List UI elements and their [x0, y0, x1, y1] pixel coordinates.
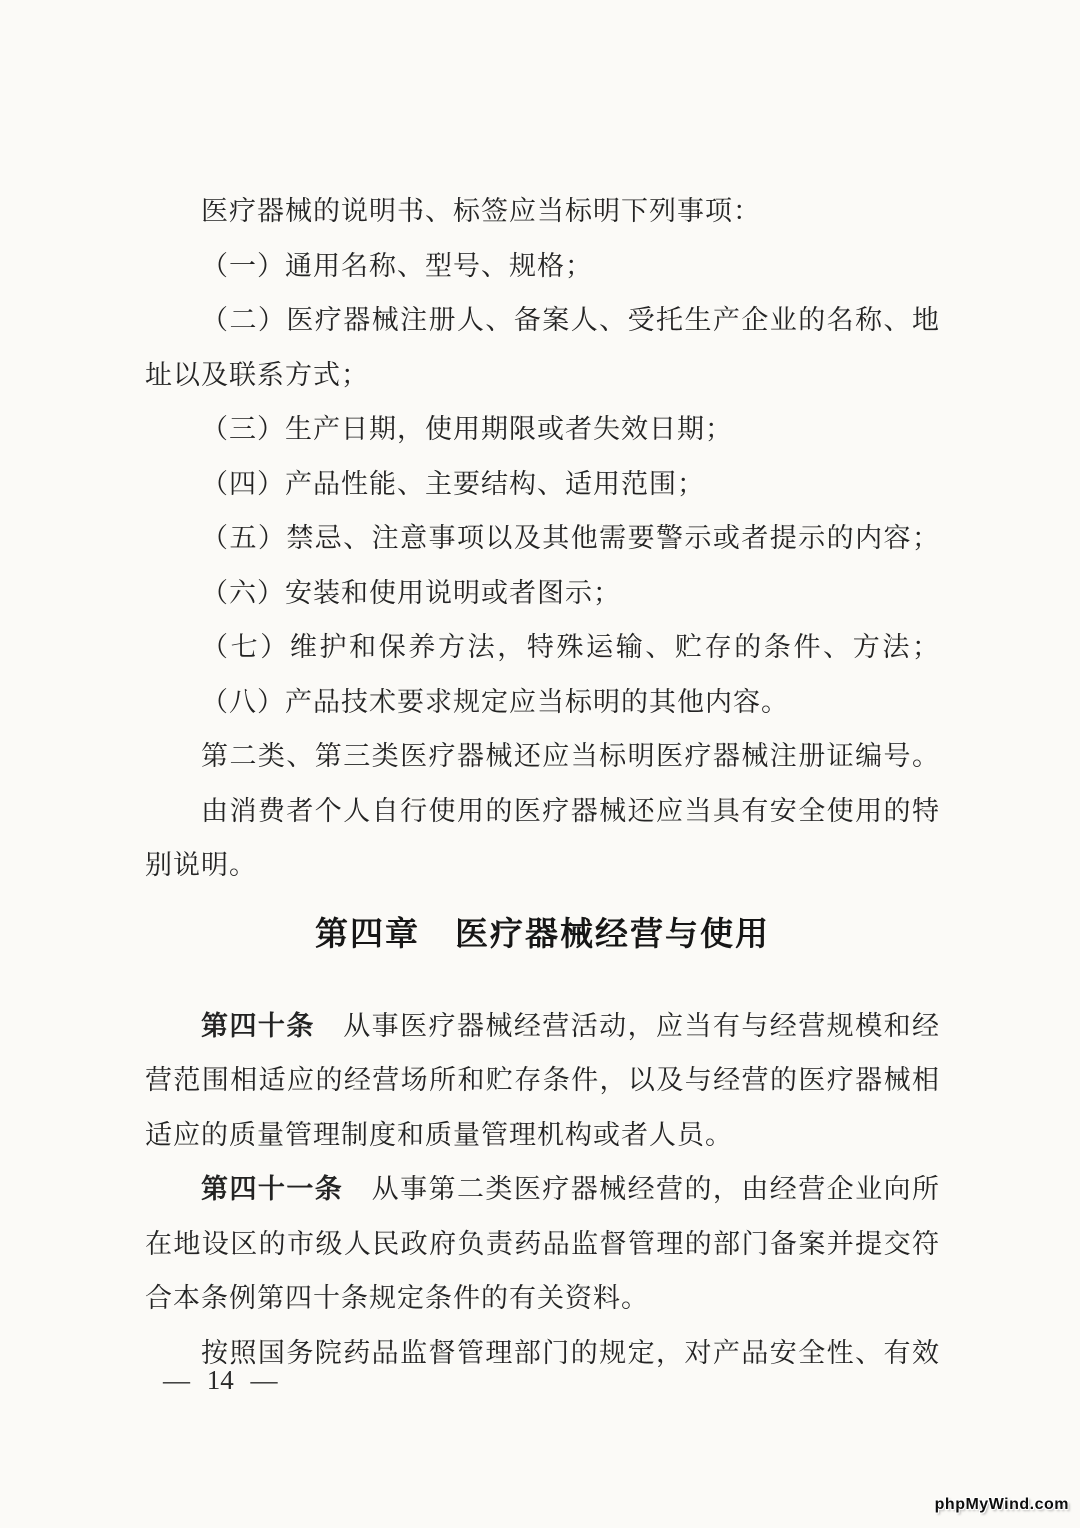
text-line: 第四十条 从事医疗器械经营活动，应当有与经营规模和经 — [145, 999, 940, 1054]
text-line: （四）产品性能、主要结构、适用范围； — [145, 457, 940, 512]
text-segment: 合本条例第四十条规定条件的有关资料。 — [145, 1283, 649, 1313]
article-number: 第四十一条 — [201, 1174, 343, 1204]
text-line: 由消费者个人自行使用的医疗器械还应当具有安全使用的特 — [145, 784, 940, 839]
text-segment: （八）产品技术要求规定应当标明的其他内容。 — [201, 687, 789, 717]
text-segment: 由消费者个人自行使用的医疗器械还应当具有安全使用的特 — [201, 796, 940, 826]
text-line: 营范围相适应的经营场所和贮存条件，以及与经营的医疗器械相 — [145, 1053, 940, 1108]
text-segment: 按照国务院药品监督管理部门的规定，对产品安全性、有效 — [201, 1338, 940, 1368]
text-line: （二）医疗器械注册人、备案人、受托生产企业的名称、地 — [145, 293, 940, 348]
page-number: — 14 — — [163, 1362, 278, 1398]
text-segment: 医疗器械的说明书、标签应当标明下列事项： — [201, 196, 761, 226]
text-line: 合本条例第四十条规定条件的有关资料。 — [145, 1271, 940, 1326]
text-segment: （四）产品性能、主要结构、适用范围； — [201, 469, 705, 499]
text-line: （八）产品技术要求规定应当标明的其他内容。 — [145, 675, 940, 730]
text-segment: 别说明。 — [145, 850, 257, 880]
text-segment: （三）生产日期，使用期限或者失效日期； — [201, 414, 733, 444]
text-line: （一）通用名称、型号、规格； — [145, 239, 940, 294]
document-lines: 医疗器械的说明书、标签应当标明下列事项：（一）通用名称、型号、规格；（二）医疗器… — [145, 184, 940, 1380]
text-segment: （一）通用名称、型号、规格； — [201, 251, 593, 281]
text-line: 别说明。 — [145, 838, 940, 893]
text-line: 第二类、第三类医疗器械还应当标明医疗器械注册证编号。 — [145, 729, 940, 784]
text-line: （六）安装和使用说明或者图示； — [145, 566, 940, 621]
text-segment: 第二类、第三类医疗器械还应当标明医疗器械注册证编号。 — [201, 741, 940, 771]
text-segment: 第四章 医疗器械经营与使用 — [315, 915, 770, 952]
text-line: 第四十一条 从事第二类医疗器械经营的，由经营企业向所 — [145, 1162, 940, 1217]
text-line: 在地设区的市级人民政府负责药品监督管理的部门备案并提交符 — [145, 1217, 940, 1272]
text-segment: 从事第二类医疗器械经营的，由经营企业向所 — [343, 1174, 940, 1204]
article-number: 第四十条 — [201, 1011, 315, 1041]
text-segment: 从事医疗器械经营活动，应当有与经营规模和经 — [315, 1011, 940, 1041]
text-segment: （六）安装和使用说明或者图示； — [201, 578, 621, 608]
text-segment: （五）禁忌、注意事项以及其他需要警示或者提示的内容； — [201, 523, 940, 553]
text-line: 址以及联系方式； — [145, 348, 940, 403]
text-line: （五）禁忌、注意事项以及其他需要警示或者提示的内容； — [145, 511, 940, 566]
text-line: 医疗器械的说明书、标签应当标明下列事项： — [145, 184, 940, 239]
text-segment: （二）医疗器械注册人、备案人、受托生产企业的名称、地 — [201, 305, 940, 335]
chapter-heading: 第四章 医疗器械经营与使用 — [145, 909, 940, 959]
text-segment: （七）维护和保养方法，特殊运输、贮存的条件、方法； — [201, 632, 940, 662]
text-line: （七）维护和保养方法，特殊运输、贮存的条件、方法； — [145, 620, 940, 675]
document-page: 医疗器械的说明书、标签应当标明下列事项：（一）通用名称、型号、规格；（二）医疗器… — [0, 0, 1080, 1528]
text-segment: 营范围相适应的经营场所和贮存条件，以及与经营的医疗器械相 — [145, 1065, 940, 1095]
text-segment: 址以及联系方式； — [145, 360, 369, 390]
watermark: phpMyWind.com — [935, 1496, 1069, 1514]
document-body: 医疗器械的说明书、标签应当标明下列事项：（一）通用名称、型号、规格；（二）医疗器… — [145, 184, 940, 1380]
text-line: （三）生产日期，使用期限或者失效日期； — [145, 402, 940, 457]
text-line: 适应的质量管理制度和质量管理机构或者人员。 — [145, 1108, 940, 1163]
text-segment: 在地设区的市级人民政府负责药品监督管理的部门备案并提交符 — [145, 1229, 940, 1259]
text-segment: 适应的质量管理制度和质量管理机构或者人员。 — [145, 1120, 733, 1150]
